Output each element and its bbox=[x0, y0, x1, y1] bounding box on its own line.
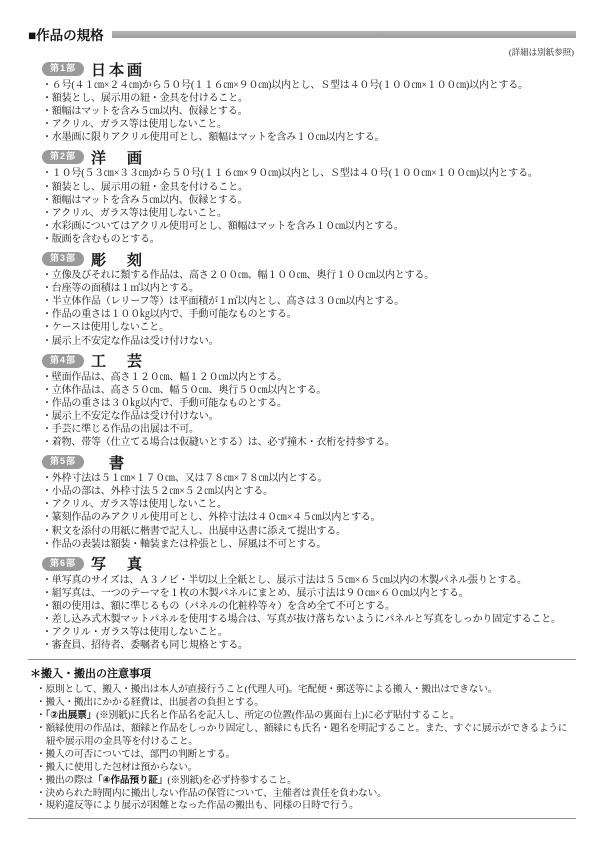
notes-title: ＊搬入・搬出の注意事項 bbox=[30, 665, 576, 681]
note-text: ・規約違反等により展示が困難となった作品の搬出も、同様の日時で行う。 bbox=[36, 800, 359, 811]
sections-list: 第1部 日本画 ・６号(４１㎝×２４㎝)から５０号(１１６㎝×９０㎝)以内とし、… bbox=[28, 60, 576, 652]
spec-item: ・展示上不安定な作品は受け付けない。 bbox=[42, 410, 576, 423]
section-badge: 第5部 bbox=[42, 455, 84, 469]
note-item: ・搬入に使用した包材は預からない。 bbox=[36, 762, 576, 775]
notes-top-divider bbox=[28, 659, 576, 660]
section-header: 第2部 洋 画 bbox=[42, 148, 576, 166]
note-text: ・搬入の可否については、部門の判断とする。 bbox=[36, 749, 235, 760]
spec-item: ・水彩画についてはアクリル使用可とし、額幅はマットを含み１０㎝以内とする。 bbox=[42, 220, 576, 233]
spec-item: ・アクリル、ガラス等は使用しないこと。 bbox=[42, 498, 576, 511]
note-text: ・搬出の際は bbox=[36, 775, 93, 786]
note-text: ・搬入・搬出にかかる経費は、出展者の負担とする。 bbox=[36, 697, 264, 708]
note-item: ・搬入の可否については、部門の判断とする。 bbox=[36, 749, 576, 762]
spec-item: ・外枠寸法は５１㎝×１７０㎝、又は７８㎝×７８㎝以内とする。 bbox=[42, 472, 576, 485]
section-items: ・６号(４１㎝×２４㎝)から５０号(１１６㎝×９０㎝)以内とし、Ｓ型は４０号(１… bbox=[42, 79, 576, 144]
section-items: ・単写真のサイズは、Ａ３ノビ・半切以上全紙とし、展示寸法は５５㎝×６５㎝以内の木… bbox=[42, 574, 576, 653]
spec-item: ・台座等の面積は１㎡以内とする。 bbox=[42, 282, 576, 295]
note-text: ・原則として、搬入・搬出は本人が直接行うこと(代理人可)。宅配便・郵送等による搬… bbox=[36, 684, 497, 695]
section-title: 写 真 bbox=[91, 553, 145, 574]
spec-item: ・版画を含むものとする。 bbox=[42, 233, 576, 246]
note-item: ・「②出展票」(※別紙)に氏名と作品名を記入し、所定の位置(作品の裏面右上)に必… bbox=[36, 710, 576, 723]
notes-items: ・原則として、搬入・搬出は本人が直接行うこと(代理人可)。宅配便・郵送等による搬… bbox=[28, 684, 576, 813]
spec-item: ・額の使用は、額に準じるもの（パネルの化粧枠等々）を含め全て不可とする。 bbox=[42, 600, 576, 613]
spec-item: ・審査員、招待者、委嘱者も同じ規格とする。 bbox=[42, 639, 576, 652]
section-title: 日本画 bbox=[91, 59, 145, 80]
spec-item: ・展示上不安定な作品は受け付けない。 bbox=[42, 335, 576, 348]
section-header: 第5部 書 bbox=[42, 453, 576, 471]
section-title: 洋 画 bbox=[91, 147, 145, 168]
note-text: (※別紙)を必ず持参すること。 bbox=[167, 775, 296, 786]
note-text: ・搬入に使用した包材は預からない。 bbox=[36, 762, 197, 773]
spec-item: ・小品の部は、外枠寸法５２㎝×５２㎝以内とする。 bbox=[42, 485, 576, 498]
section-5: 第5部 書 ・外枠寸法は５１㎝×１７０㎝、又は７８㎝×７８㎝以内とする。・小品の… bbox=[42, 453, 576, 551]
spec-item: ・作品の重さは１００㎏以内で、手動可能なものとする。 bbox=[42, 308, 576, 321]
note-item: ・原則として、搬入・搬出は本人が直接行うこと(代理人可)。宅配便・郵送等による搬… bbox=[36, 684, 576, 697]
spec-item: ・組写真は、一つのテーマを１枚の木製パネルにまとめ、展示寸法は９０㎝×６０㎝以内… bbox=[42, 587, 576, 600]
note-text: ・額縁使用の作品は、額縁と作品をしっかり固定し、額縁にも氏名・題名を明記すること… bbox=[36, 723, 567, 747]
note-item: ・搬入・搬出にかかる経費は、出展者の負担とする。 bbox=[36, 697, 576, 710]
section-items: ・外枠寸法は５１㎝×１７０㎝、又は７８㎝×７８㎝以内とする。・小品の部は、外枠寸… bbox=[42, 472, 576, 551]
spec-item: ・立体作品は、高さ５０㎝、幅５０㎝、奥行５０㎝以内とする。 bbox=[42, 384, 576, 397]
document-page: ■作品の規格 (詳細は別紙参照) 第1部 日本画 ・６号(４１㎝×２４㎝)から５… bbox=[0, 0, 600, 849]
section-header: 第6部 写 真 bbox=[42, 555, 576, 573]
spec-item: ・ケースは使用しないこと。 bbox=[42, 321, 576, 334]
detail-reference-note: (詳細は別紙参照) bbox=[28, 46, 574, 58]
spec-item: ・アクリル、ガラス等は使用しないこと。 bbox=[42, 118, 576, 131]
spec-item: ・１０号(５３㎝×３３㎝)から５０号(１１６㎝×９０㎝)以内とし、Ｓ型は４０号(… bbox=[42, 167, 576, 180]
section-3: 第3部 彫 刻 ・立像及びそれに類する作品は、高さ２００㎝、幅１００㎝、奥行１０… bbox=[42, 250, 576, 348]
section-4: 第4部 工 芸 ・壁面作品は、高さ１２０㎝、幅１２０㎝以内とする。・立体作品は、… bbox=[42, 352, 576, 450]
spec-item: ・作品の重さは３０㎏以内で、手動可能なものとする。 bbox=[42, 397, 576, 410]
section-badge: 第4部 bbox=[42, 354, 84, 368]
section-header: 第1部 日本画 bbox=[42, 60, 576, 78]
spec-item: ・差し込み式木製マットパネルを使用する場合は、写真が抜け落ちないようにパネルと写… bbox=[42, 613, 576, 626]
section-badge: 第6部 bbox=[42, 557, 84, 571]
section-title: 書 bbox=[91, 452, 127, 473]
spec-item: ・アクリル・ガラス等は使用しないこと。 bbox=[42, 626, 576, 639]
note-text: ・決められた時間内に搬出しない作品の保管について、主催者は責任を負わない。 bbox=[36, 788, 387, 799]
note-item: ・搬出の際は「④作品預り証」(※別紙)を必ず持参すること。 bbox=[36, 775, 576, 788]
section-6: 第6部 写 真 ・単写真のサイズは、Ａ３ノビ・半切以上全紙とし、展示寸法は５５㎝… bbox=[42, 555, 576, 653]
spec-item: ・額装とし、展示用の紐・金具を付けること。 bbox=[42, 92, 576, 105]
note-text: (※別紙)に氏名と作品名を記入し、所定の位置(作品の裏面右上)に必ず貼付すること… bbox=[96, 710, 459, 721]
section-1: 第1部 日本画 ・６号(４１㎝×２４㎝)から５０号(１１６㎝×９０㎝)以内とし、… bbox=[42, 60, 576, 144]
spec-item: ・６号(４１㎝×２４㎝)から５０号(１１６㎝×９０㎝)以内とし、Ｓ型は４０号(１… bbox=[42, 79, 576, 92]
spec-item: ・額装とし、展示用の紐・金具を付けること。 bbox=[42, 181, 576, 194]
spec-item: ・額幅はマットを含み５㎝以内、仮縁とする。 bbox=[42, 105, 576, 118]
section-badge: 第2部 bbox=[42, 150, 84, 164]
spec-item: ・壁面作品は、高さ１２０㎝、幅１２０㎝以内とする。 bbox=[42, 371, 576, 384]
notes-section: ＊搬入・搬出の注意事項 ・原則として、搬入・搬出は本人が直接行うこと(代理人可)… bbox=[28, 665, 576, 813]
spec-item: ・水墨画に限りアクリル使用可とし、額幅はマットを含み１０㎝以内とする。 bbox=[42, 131, 576, 144]
emphasized-text: 「②出展票」 bbox=[46, 710, 97, 721]
spec-item: ・篆刻作品のみアクリル使用可とし、外枠寸法は４０㎝×４５㎝以内とする。 bbox=[42, 511, 576, 524]
spec-item: ・作品の表装は額装・軸装または枠張とし、屏風は不可とする。 bbox=[42, 538, 576, 551]
spec-item: ・釈文を添付の用紙に楷書で記入し、出展申込書に添えて提出する。 bbox=[42, 525, 576, 538]
section-title: 工 芸 bbox=[91, 350, 145, 371]
spec-item: ・立像及びそれに類する作品は、高さ２００㎝、幅１００㎝、奥行１００㎝以内とする。 bbox=[42, 269, 576, 282]
note-item: ・決められた時間内に搬出しない作品の保管について、主催者は責任を負わない。 bbox=[36, 788, 576, 801]
section-badge: 第1部 bbox=[42, 62, 84, 76]
spec-item: ・額幅はマットを含み５㎝以内、仮縁とする。 bbox=[42, 194, 576, 207]
note-item: ・額縁使用の作品は、額縁と作品をしっかり固定し、額縁にも氏名・題名を明記すること… bbox=[36, 723, 576, 749]
page-title: ■作品の規格 bbox=[28, 24, 104, 44]
spec-item: ・手芸に準じる作品の出展は不可。 bbox=[42, 423, 576, 436]
section-items: ・立像及びそれに類する作品は、高さ２００㎝、幅１００㎝、奥行１００㎝以内とする。… bbox=[42, 269, 576, 348]
spec-item: ・着物、帯等（仕立てる場合は仮縫いとする）は、必ず撞木・衣桁を持参する。 bbox=[42, 436, 576, 449]
section-header: 第4部 工 芸 bbox=[42, 352, 576, 370]
header-rule-bar bbox=[112, 31, 576, 38]
bottom-divider bbox=[28, 818, 576, 819]
spec-item: ・半立体作品（レリーフ等）は平面積が１㎡以内とし、高さは３０㎝以内とする。 bbox=[42, 295, 576, 308]
note-text: ・ bbox=[36, 710, 46, 721]
spec-item: ・アクリル、ガラス等は使用しないこと。 bbox=[42, 207, 576, 220]
note-item: ・規約違反等により展示が困難となった作品の搬出も、同様の日時で行う。 bbox=[36, 800, 576, 813]
section-badge: 第3部 bbox=[42, 252, 84, 266]
spec-item: ・単写真のサイズは、Ａ３ノビ・半切以上全紙とし、展示寸法は５５㎝×６５㎝以内の木… bbox=[42, 574, 576, 587]
section-title: 彫 刻 bbox=[91, 249, 145, 270]
section-items: ・１０号(５３㎝×３３㎝)から５０号(１１６㎝×９０㎝)以内とし、Ｓ型は４０号(… bbox=[42, 167, 576, 246]
document-header: ■作品の規格 bbox=[28, 24, 576, 44]
section-2: 第2部 洋 画 ・１０号(５３㎝×３３㎝)から５０号(１１６㎝×９０㎝)以内とし… bbox=[42, 148, 576, 246]
section-items: ・壁面作品は、高さ１２０㎝、幅１２０㎝以内とする。・立体作品は、高さ５０㎝、幅５… bbox=[42, 371, 576, 450]
section-header: 第3部 彫 刻 bbox=[42, 250, 576, 268]
emphasized-text: 「④作品預り証」 bbox=[93, 775, 167, 786]
